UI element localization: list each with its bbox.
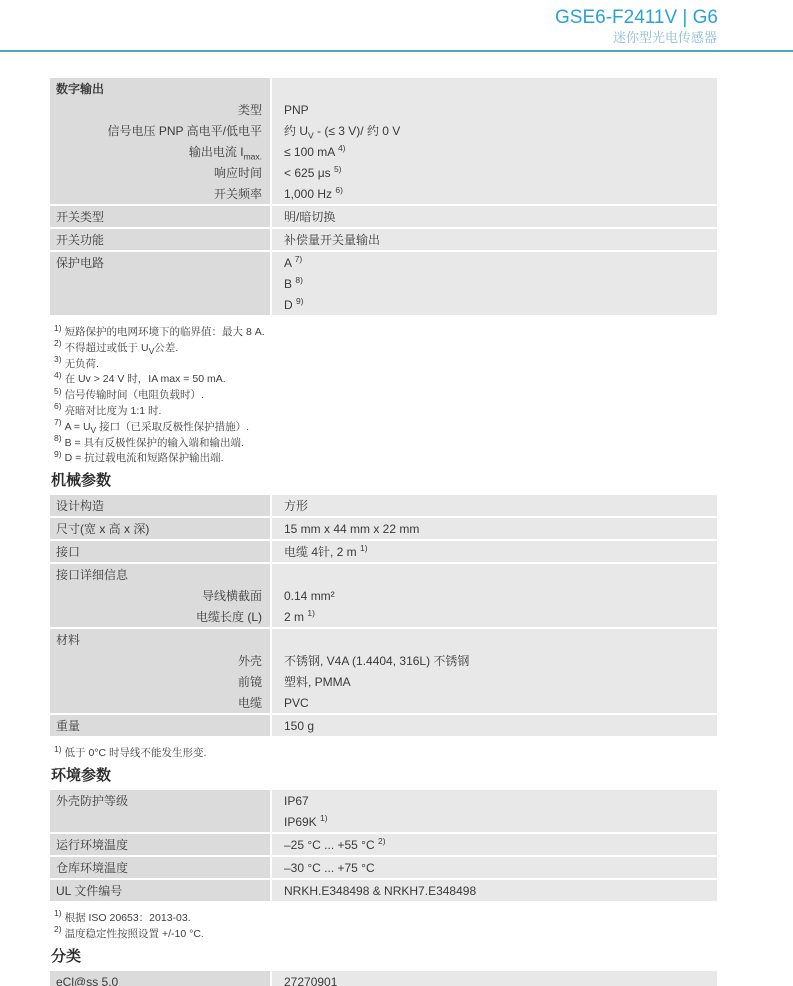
row-value: ≤ 100 mA 4)	[272, 141, 717, 162]
row-label: 输出电流 Imax.	[50, 141, 272, 162]
row-label: 类型	[50, 99, 272, 120]
table-row: 输出电流 Imax.≤ 100 mA 4)	[50, 141, 717, 162]
row-label: 运行环境温度	[50, 834, 272, 855]
footnote-item: 3)无负荷.	[54, 357, 717, 373]
footnote-marker: 4)	[54, 370, 62, 380]
row-value: 150 g	[272, 715, 717, 736]
row-label: 仓库环境温度	[50, 857, 272, 878]
row-label: 数字输出	[50, 78, 272, 99]
row-value: 明/暗切换	[272, 206, 717, 227]
table-row: 外壳不锈钢, V4A (1.4404, 316L) 不锈钢	[50, 650, 717, 671]
table-row: 仓库环境温度–30 °C ... +75 °C	[50, 855, 717, 878]
row-label: 接口	[50, 541, 272, 562]
row-value-line: 电缆 4针, 2 m 1)	[284, 541, 711, 562]
row-value-line: PVC	[284, 692, 711, 713]
table-row: 数字输出	[50, 78, 717, 99]
row-value: 塑料, PMMA	[272, 671, 717, 692]
row-label: 重量	[50, 715, 272, 736]
row-value-line: 2 m 1)	[284, 606, 711, 627]
footnote-marker: 2)	[54, 338, 62, 348]
row-label: 信号电压 PNP 高电平/低电平	[50, 120, 272, 141]
row-value: 15 mm x 44 mm x 22 mm	[272, 518, 717, 539]
row-label: 开关类型	[50, 206, 272, 227]
table-row: 尺寸(宽 x 高 x 深)15 mm x 44 mm x 22 mm	[50, 516, 717, 539]
row-label: 导线横截面	[50, 585, 272, 606]
page-header: GSE6-F2411V | G6 迷你型光电传感器	[0, 0, 793, 52]
row-value	[272, 629, 717, 650]
row-value-line: 150 g	[284, 715, 711, 736]
footnote-item: 6)亮暗对比度为 1:1 时.	[54, 404, 717, 420]
footnote-text: D = 抗过载电流和短路保护输出端.	[65, 452, 224, 464]
row-value-line: 塑料, PMMA	[284, 671, 711, 692]
row-value-line: 0.14 mm²	[284, 585, 711, 606]
footnote-item: 1)低于 0°C 时导线不能发生形变.	[54, 746, 717, 762]
row-value-line: 1,000 Hz 6)	[284, 183, 711, 204]
table-row: 接口详细信息	[50, 562, 717, 585]
row-label: 外壳	[50, 650, 272, 671]
footnote-marker: 6)	[54, 401, 62, 411]
row-label: eCl@ss 5.0	[50, 971, 272, 986]
table-row: eCl@ss 5.027270901	[50, 971, 717, 986]
row-label: 开关功能	[50, 229, 272, 250]
row-value: 0.14 mm²	[272, 585, 717, 606]
row-value: –30 °C ... +75 °C	[272, 857, 717, 878]
row-value-line: NRKH.E348498 & NRKH7.E348498	[284, 880, 711, 901]
spec-table: 设计构造方形尺寸(宽 x 高 x 深)15 mm x 44 mm x 22 mm…	[50, 495, 717, 736]
row-value: 约 UV - (≤ 3 V)/ 约 0 V	[272, 120, 717, 141]
row-label: 保护电路	[50, 252, 272, 315]
footnote-marker: 7)	[54, 417, 62, 427]
row-label: 外壳防护等级	[50, 790, 272, 832]
footnote-item: 8)B = 具有反极性保护的输入端和输出端.	[54, 436, 717, 452]
spec-table: 外壳防护等级IP67IP69K 1)运行环境温度–25 °C ... +55 °…	[50, 790, 717, 901]
footnote-marker: 5)	[54, 386, 62, 396]
row-label: 电缆长度 (L)	[50, 606, 272, 627]
row-value-line: 27270901	[284, 971, 711, 986]
row-label: 尺寸(宽 x 高 x 深)	[50, 518, 272, 539]
row-value: < 625 μs 5)	[272, 162, 717, 183]
footnote-marker: 3)	[54, 354, 62, 364]
row-value: 1,000 Hz 6)	[272, 183, 717, 204]
footnote-item: 5)信号传输时间（电阻负载时）.	[54, 388, 717, 404]
table-row: 导线横截面0.14 mm²	[50, 585, 717, 606]
footnote-item: 2)温度稳定性按照设置 +/-10 °C.	[54, 927, 717, 943]
row-value-line: PNP	[284, 99, 711, 120]
row-value-line: 约 UV - (≤ 3 V)/ 约 0 V	[284, 120, 711, 141]
datasheet-page: { "header": { "title": "GSE6-F2411V | G6…	[0, 0, 793, 986]
row-value: PVC	[272, 692, 717, 713]
footnote-text: 信号传输时间（电阻负载时）.	[65, 389, 204, 401]
row-label: 电缆	[50, 692, 272, 713]
row-label: 前镜	[50, 671, 272, 692]
footnote-marker: 2)	[54, 924, 62, 934]
table-row: UL 文件编号NRKH.E348498 & NRKH7.E348498	[50, 878, 717, 901]
table-row: 重量150 g	[50, 713, 717, 736]
row-label: 接口详细信息	[50, 564, 272, 585]
row-value: A 7)B 8)D 9)	[272, 252, 717, 315]
row-value-line: 明/暗切换	[284, 206, 711, 227]
footnote-text: 亮暗对比度为 1:1 时.	[65, 405, 162, 417]
table-row: 运行环境温度–25 °C ... +55 °C 2)	[50, 832, 717, 855]
footnote-text: 在 Uv > 24 V 时，IA max = 50 mA.	[65, 373, 226, 385]
row-value: PNP	[272, 99, 717, 120]
footnotes: 1)根据 ISO 20653：2013-03.2)温度稳定性按照设置 +/-10…	[54, 911, 717, 943]
row-value-line: IP69K 1)	[284, 811, 711, 832]
table-row: 开关功能补偿量开关量输出	[50, 227, 717, 250]
row-label: UL 文件编号	[50, 880, 272, 901]
spec-table: eCl@ss 5.027270901	[50, 971, 717, 986]
footnote-text: B = 具有反极性保护的输入端和输出端.	[65, 437, 244, 449]
section-heading: 机械参数	[51, 471, 717, 490]
row-value-line: 补偿量开关量输出	[284, 229, 711, 250]
row-value: 不锈钢, V4A (1.4404, 316L) 不锈钢	[272, 650, 717, 671]
row-value-line: 不锈钢, V4A (1.4404, 316L) 不锈钢	[284, 650, 711, 671]
row-value	[272, 564, 717, 585]
row-value-line: B 8)	[284, 273, 711, 294]
table-row: 前镜塑料, PMMA	[50, 671, 717, 692]
table-row: 开关类型明/暗切换	[50, 204, 717, 227]
row-label: 开关频率	[50, 183, 272, 204]
row-value-line: ≤ 100 mA 4)	[284, 141, 711, 162]
footnote-item: 9)D = 抗过载电流和短路保护输出端.	[54, 451, 717, 467]
row-value: –25 °C ... +55 °C 2)	[272, 834, 717, 855]
footnote-text: 无负荷.	[65, 358, 99, 370]
table-row: 电缆长度 (L)2 m 1)	[50, 606, 717, 627]
table-row: 电缆PVC	[50, 692, 717, 713]
row-label: 响应时间	[50, 162, 272, 183]
row-label: 设计构造	[50, 495, 272, 516]
row-value: IP67IP69K 1)	[272, 790, 717, 832]
row-value: 方形	[272, 495, 717, 516]
footnote-text: 不得超过或低于 UV公差.	[65, 342, 179, 354]
footnote-item: 2)不得超过或低于 UV公差.	[54, 341, 717, 357]
footnote-text: 温度稳定性按照设置 +/-10 °C.	[65, 928, 204, 940]
row-label: 材料	[50, 629, 272, 650]
table-row: 保护电路A 7)B 8)D 9)	[50, 250, 717, 315]
row-value: 电缆 4针, 2 m 1)	[272, 541, 717, 562]
footnote-text: 低于 0°C 时导线不能发生形变.	[65, 747, 207, 759]
table-row: 设计构造方形	[50, 495, 717, 516]
row-value: 27270901	[272, 971, 717, 986]
footnote-marker: 1)	[54, 908, 62, 918]
footnote-marker: 1)	[54, 744, 62, 754]
product-title: GSE6-F2411V | G6	[0, 7, 718, 28]
table-row: 接口电缆 4针, 2 m 1)	[50, 539, 717, 562]
table-row: 类型PNP	[50, 99, 717, 120]
footnote-marker: 8)	[54, 433, 62, 443]
row-value	[272, 78, 717, 99]
row-value-line: –25 °C ... +55 °C 2)	[284, 834, 711, 855]
row-value-line: IP67	[284, 790, 711, 811]
content: 数字输出类型PNP信号电压 PNP 高电平/低电平约 UV - (≤ 3 V)/…	[50, 78, 717, 986]
row-value-line: 方形	[284, 495, 711, 516]
footnote-text: 根据 ISO 20653：2013-03.	[65, 912, 191, 924]
product-subtitle: 迷你型光电传感器	[0, 30, 717, 45]
spec-table: 数字输出类型PNP信号电压 PNP 高电平/低电平约 UV - (≤ 3 V)/…	[50, 78, 717, 315]
row-value-line: D 9)	[284, 294, 711, 315]
footnote-marker: 9)	[54, 449, 62, 459]
footnote-item: 1)短路保护的电网环境下的临界值：最大 8 A.	[54, 325, 717, 341]
row-value-line: < 625 μs 5)	[284, 162, 711, 183]
footnote-item: 1)根据 ISO 20653：2013-03.	[54, 911, 717, 927]
footnote-text: 短路保护的电网环境下的临界值：最大 8 A.	[65, 326, 265, 338]
table-row: 响应时间< 625 μs 5)	[50, 162, 717, 183]
footnotes: 1)短路保护的电网环境下的临界值：最大 8 A.2)不得超过或低于 UV公差.3…	[54, 325, 717, 467]
section-heading: 分类	[51, 947, 717, 966]
row-value-line: A 7)	[284, 252, 711, 273]
footnote-item: 7)A = UV 接口（已采取反极性保护措施）.	[54, 420, 717, 436]
table-row: 材料	[50, 627, 717, 650]
row-value-line: –30 °C ... +75 °C	[284, 857, 711, 878]
table-row: 外壳防护等级IP67IP69K 1)	[50, 790, 717, 832]
row-value-line: 15 mm x 44 mm x 22 mm	[284, 518, 711, 539]
header-rule	[0, 50, 793, 52]
row-value: NRKH.E348498 & NRKH7.E348498	[272, 880, 717, 901]
row-value: 2 m 1)	[272, 606, 717, 627]
footnotes: 1)低于 0°C 时导线不能发生形变.	[54, 746, 717, 762]
section-heading: 环境参数	[51, 766, 717, 785]
footnote-text: A = UV 接口（已采取反极性保护措施）.	[65, 421, 250, 433]
footnote-item: 4)在 Uv > 24 V 时，IA max = 50 mA.	[54, 372, 717, 388]
row-value: 补偿量开关量输出	[272, 229, 717, 250]
footnote-marker: 1)	[54, 323, 62, 333]
table-row: 开关频率1,000 Hz 6)	[50, 183, 717, 204]
table-row: 信号电压 PNP 高电平/低电平约 UV - (≤ 3 V)/ 约 0 V	[50, 120, 717, 141]
